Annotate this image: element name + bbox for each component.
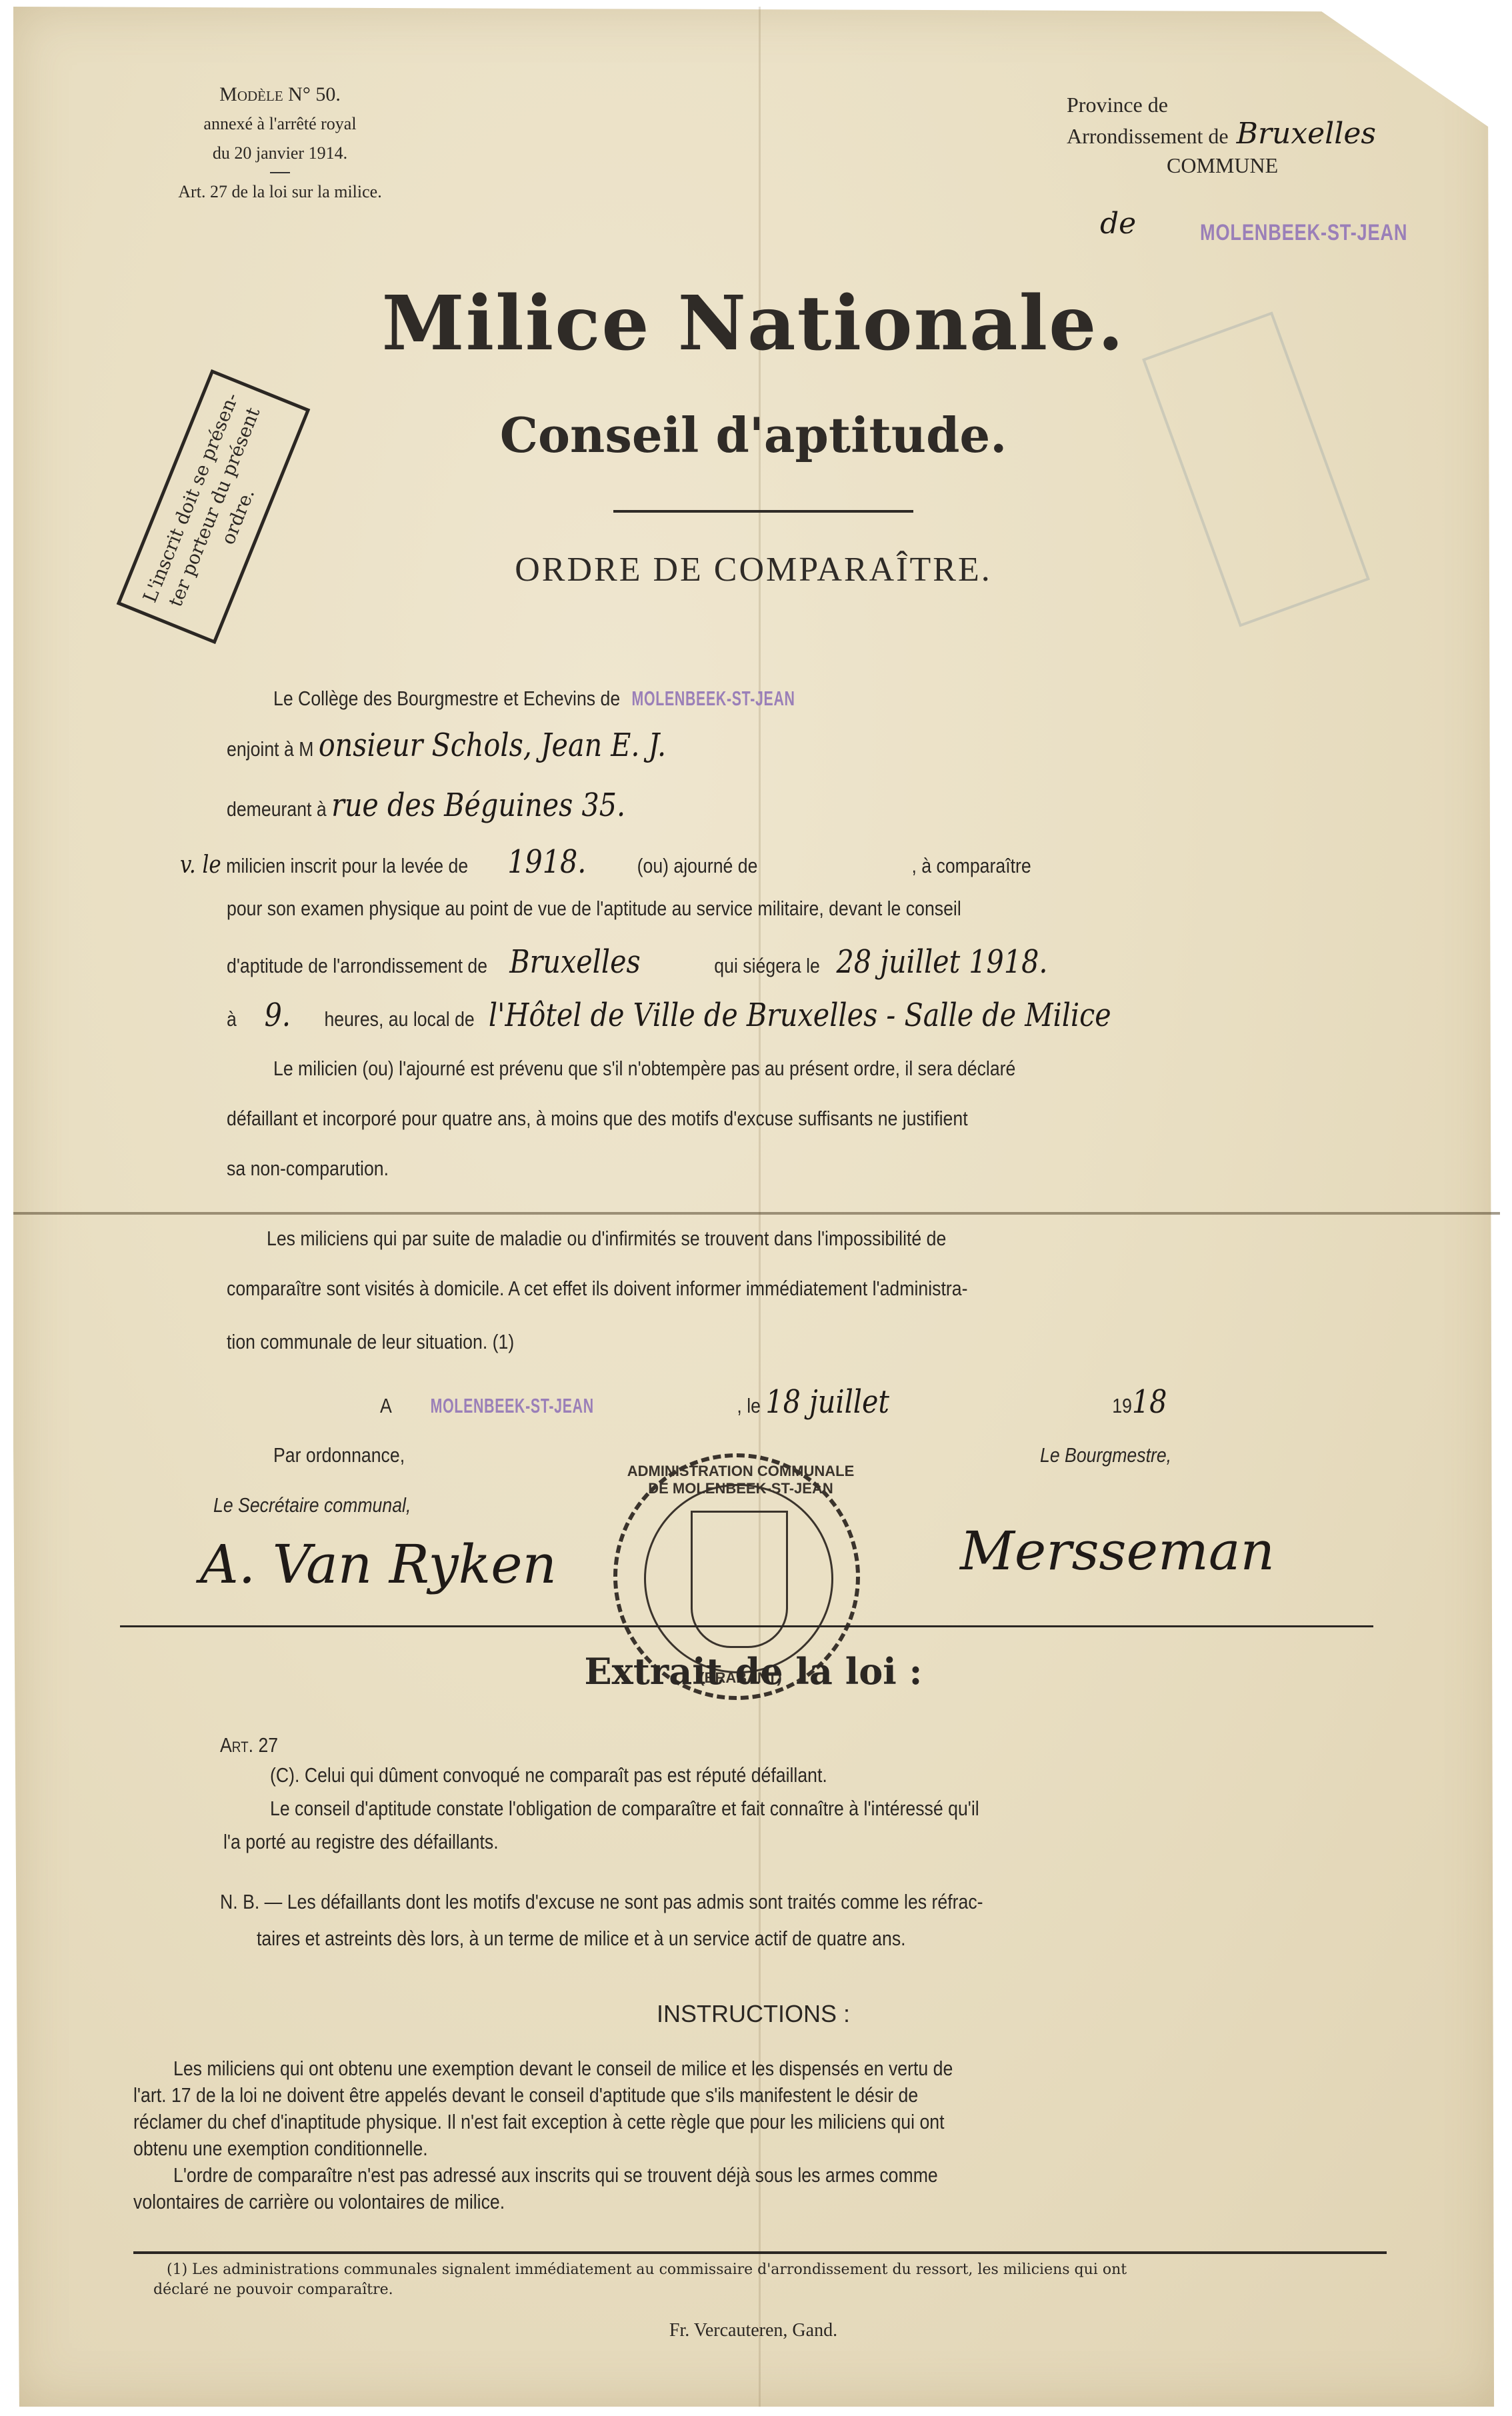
signature-rule [120,1625,1373,1627]
body-line-6: d'aptitude de l'arrondissement de Bruxel… [227,943,1224,981]
body-line-2: enjoint à M onsieur Schols, Jean E. J. [227,727,1224,764]
nb-line-1: N. B. — Les défaillants dont les motifs … [220,1890,1217,1914]
secretary-signature: A. Van Ryken [200,1533,557,1595]
subtitle: Conseil d'aptitude. [220,407,1287,463]
arrondissement-label: Arrondissement de [1067,124,1229,148]
province-block: Province de Arrondissement deBruxelles C… [1067,90,1467,180]
commune-label: COMMUNE [1067,151,1467,180]
session-date-handwritten: 28 juillet 1918. [837,943,1048,981]
divider [270,172,290,173]
footnote-line-1: (1) Les administrations communales signa… [153,2260,1393,2280]
issue-date-handwritten: 18 juillet [765,1383,889,1421]
address-handwritten: rue des Béguines 35. [331,787,625,824]
footnote-line-2: déclaré ne pouvoir comparaître. [153,2280,1393,2300]
province-label: Province de [1067,90,1467,119]
order-heading: ORDRE DE COMPARAÎTRE. [220,550,1287,589]
article-line-3: l'a porté au registre des défaillants. [223,1830,1221,1854]
printer-imprint: Fr. Vercauteren, Gand. [220,2320,1287,2341]
instructions-line-4: obtenu une exemption conditionnelle. [133,2137,1131,2161]
issue-year-handwritten: 18 [1132,1383,1167,1421]
warning-line-1: Le milicien (ou) l'ajourné est prévenu q… [273,1057,1271,1081]
dateline: A MOLENBEEK-ST-JEAN , le 18 juillet 1918 [380,1383,1377,1421]
footnote: (1) Les administrations communales signa… [153,2260,1393,2300]
instructions-line-3: réclamer du chef d'inaptitude physique. … [133,2110,1131,2134]
main-title: Milice Nationale. [220,280,1287,367]
venue-handwritten: l'Hôtel de Ville de Bruxelles - Salle de… [489,997,1111,1034]
instructions-title: INSTRUCTIONS : [220,2000,1287,2028]
instructions-line-1: Les miliciens qui ont obtenu une exempti… [173,2057,1171,2081]
hour-handwritten: 9. [265,997,291,1034]
body-line-4: v. le milicien inscrit pour la levée de … [180,843,1177,881]
arrondissement-handwritten: Bruxelles [1237,117,1376,151]
model-reference: Modèle N° 50. annexé à l'arrêté royal du… [133,80,427,207]
illness-line-3: tion communale de leur situation. (1) [227,1330,1224,1354]
body-line-7: à 9. heures, au local de l'Hôtel de Vill… [227,997,1224,1034]
council-city-handwritten: Bruxelles [509,943,640,981]
article-c: (C). Celui qui dûment convoqué ne compar… [270,1763,1267,1787]
coat-of-arms-icon [691,1511,788,1648]
de-handwritten: de [1100,207,1136,241]
body-line-1: Le Collège des Bourgmestre et Echevins d… [273,687,1271,711]
commune-stamp: MOLENBEEK-ST-JEAN [1200,220,1407,246]
article-label: Art. 27 [220,1733,1217,1757]
body-commune-stamp: MOLENBEEK-ST-JEAN [632,687,795,711]
horizontal-fold-tear [13,1212,1500,1215]
nb-line-2: taires et astreints dès lors, à un terme… [257,1927,1254,1951]
mayor-signature: Mersseman [960,1520,1275,1582]
warning-line-3: sa non-comparution. [227,1157,1224,1181]
title-rule [613,510,913,513]
mayor-label: Le Bourgmestre, [1040,1443,1512,1467]
model-number: Modèle N° 50. [133,80,427,109]
body-line-5: pour son examen physique au point de vue… [227,897,1224,921]
body-line-3: demeurant à rue des Béguines 35. [227,787,1224,824]
illness-line-1: Les miliciens qui par suite de maladie o… [267,1227,1264,1251]
decree-line: annexé à l'arrêté royal [133,109,427,139]
instructions-line-5: L'ordre de comparaître n'est pas adressé… [173,2163,1171,2187]
instructions-line-6: volontaires de carrière ou volontaires d… [133,2190,1131,2214]
decree-date: du 20 janvier 1914. [133,139,427,168]
illness-line-2: comparaître sont visités à domicile. A c… [227,1277,1224,1301]
levy-year-handwritten: 1918. [507,843,586,881]
law-article: Art. 27 de la loi sur la milice. [133,177,427,207]
dateline-stamp: MOLENBEEK-ST-JEAN [430,1394,593,1418]
recipient-name-handwritten: onsieur Schols, Jean E. J. [319,727,666,764]
instructions-line-2: l'art. 17 de la loi ne doivent être appe… [133,2083,1131,2107]
warning-line-2: défaillant et incorporé pour quatre ans,… [227,1107,1224,1131]
seal-ring-text: ADMINISTRATION COMMUNALE DE MOLENBEEK-ST… [617,1463,864,1497]
law-extract-title: Extrait de la loi : [220,1650,1287,1693]
footnote-rule [133,2251,1387,2254]
article-line-2: Le conseil d'aptitude constate l'obligat… [270,1797,1267,1821]
